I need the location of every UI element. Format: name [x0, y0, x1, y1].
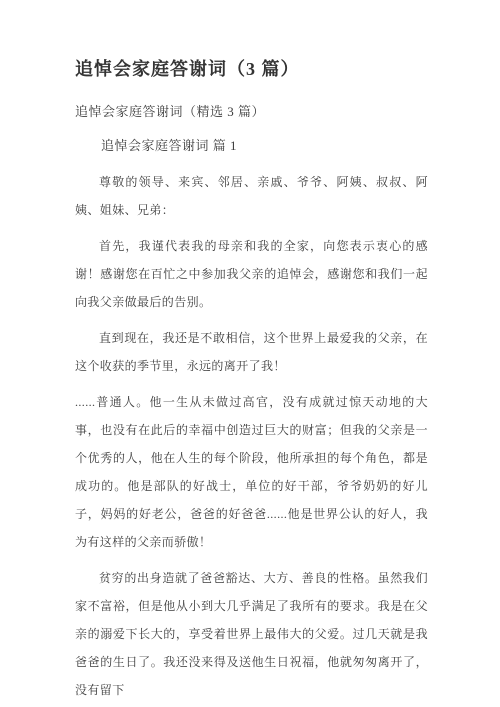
document-title: 追悼会家庭答谢词（3 篇）: [75, 56, 428, 83]
paragraph-salutation: 尊敬的领导、来宾、邻居、亲戚、爷爷、阿姨、叔叔、阿姨、姐妹、兄弟：: [75, 168, 428, 224]
paragraph-opening-thanks: 首先，我谨代表我的母亲和我的全家，向您表示衷心的感谢！感谢您在百忙之中参加我父亲…: [75, 232, 428, 316]
document-page: 追悼会家庭答谢词（3 篇） 追悼会家庭答谢词（精选 3 篇） 追悼会家庭答谢词 …: [0, 0, 500, 707]
paragraph-character-and-birthday: 贫穷的出身造就了爸爸豁达、大方、善良的性格。虽然我们家不富裕，但是他从小到大几乎…: [75, 564, 428, 704]
section-heading: 追悼会家庭答谢词 篇 1: [75, 136, 428, 155]
paragraph-disbelief: 直到现在，我还是不敢相信，这个世界上最爱我的父亲，在这个收获的季节里，永远的离开…: [75, 324, 428, 380]
document-subtitle: 追悼会家庭答谢词（精选 3 篇）: [75, 102, 428, 121]
paragraph-ordinary-man: ......普通人。他一生从未做过高官，没有成就过惊天动地的大事，也没有在此后的…: [75, 388, 428, 556]
